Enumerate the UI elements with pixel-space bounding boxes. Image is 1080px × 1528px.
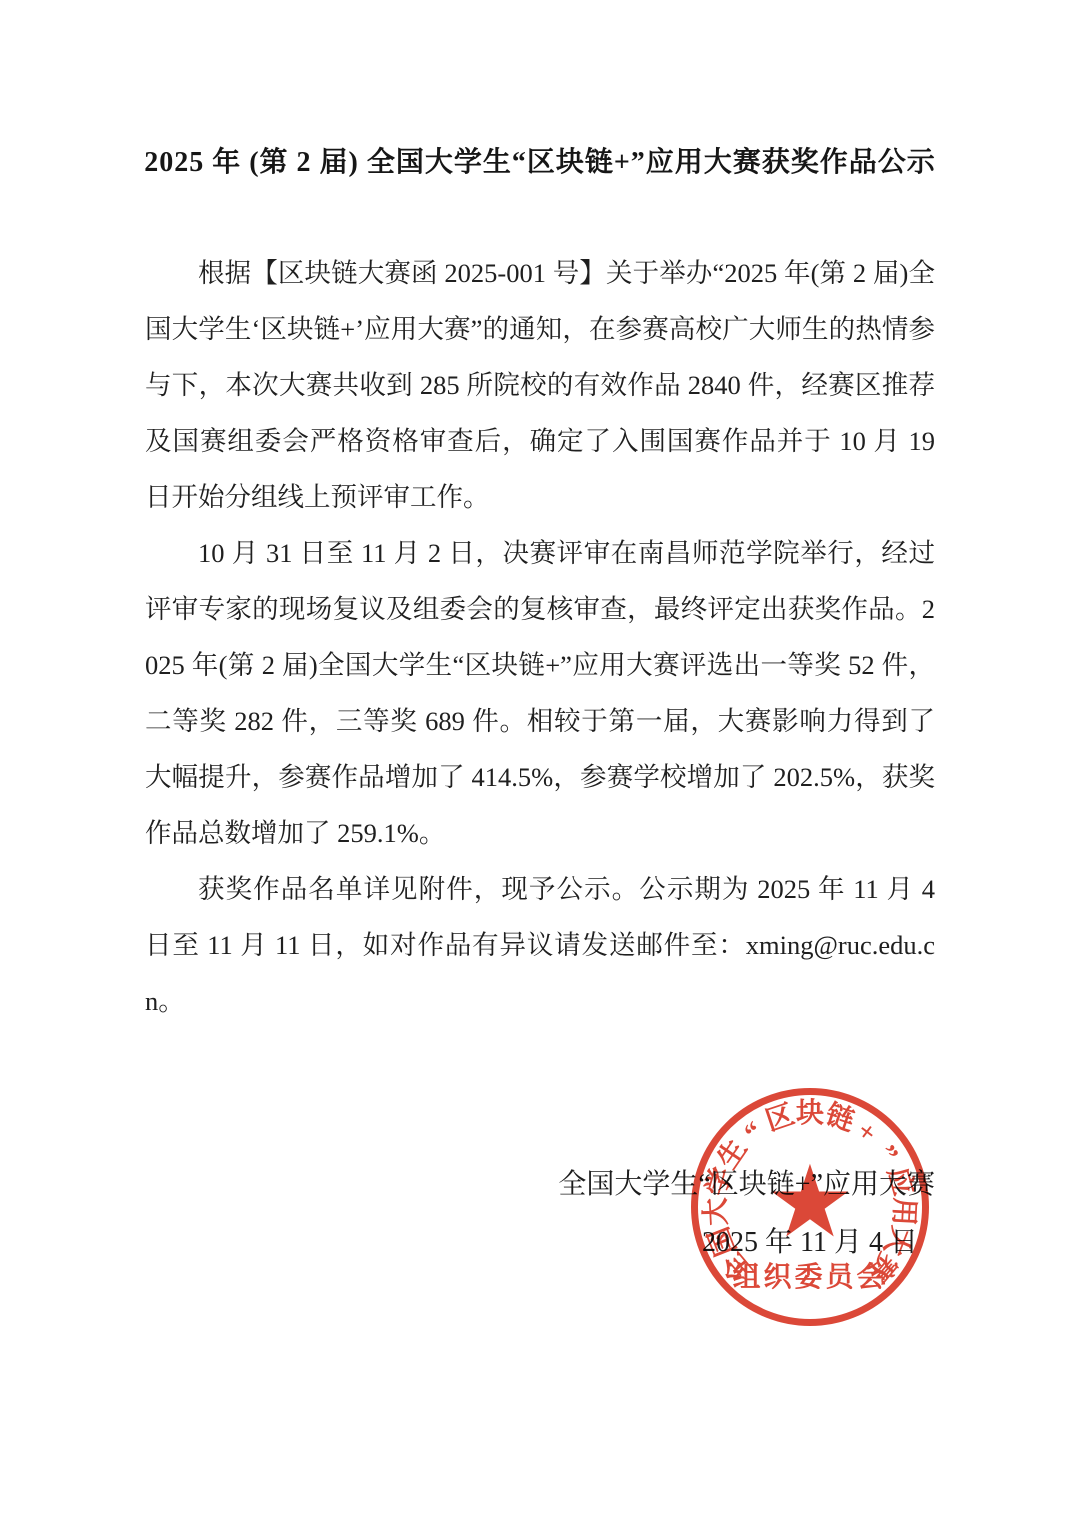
paragraph-publicity: 获奖作品名单详见附件，现予公示。公示期为 2025 年 11 月 4 日至 11… xyxy=(145,861,935,1029)
paragraph-intro: 根据【区块链大赛函 2025-001 号】关于举办“2025 年(第 2 届)全… xyxy=(145,245,935,525)
document-title: 2025 年 (第 2 届) 全国大学生“区块链+”应用大赛获奖作品公示 xyxy=(0,140,1080,180)
seal-bottom-text: 组织委员会 xyxy=(732,1264,887,1292)
document-page: 2025 年 (第 2 届) 全国大学生“区块链+”应用大赛获奖作品公示 根据【… xyxy=(0,0,1080,1528)
star-icon: ★ xyxy=(765,1152,855,1252)
official-seal: 全国大学生“区块链+”应用大赛 ★ 组织委员会 xyxy=(691,1088,929,1326)
document-body: 根据【区块链大赛函 2025-001 号】关于举办“2025 年(第 2 届)全… xyxy=(145,245,935,1029)
paragraph-results: 10 月 31 日至 11 月 2 日，决赛评审在南昌师范学院举行，经过评审专家… xyxy=(145,525,935,861)
